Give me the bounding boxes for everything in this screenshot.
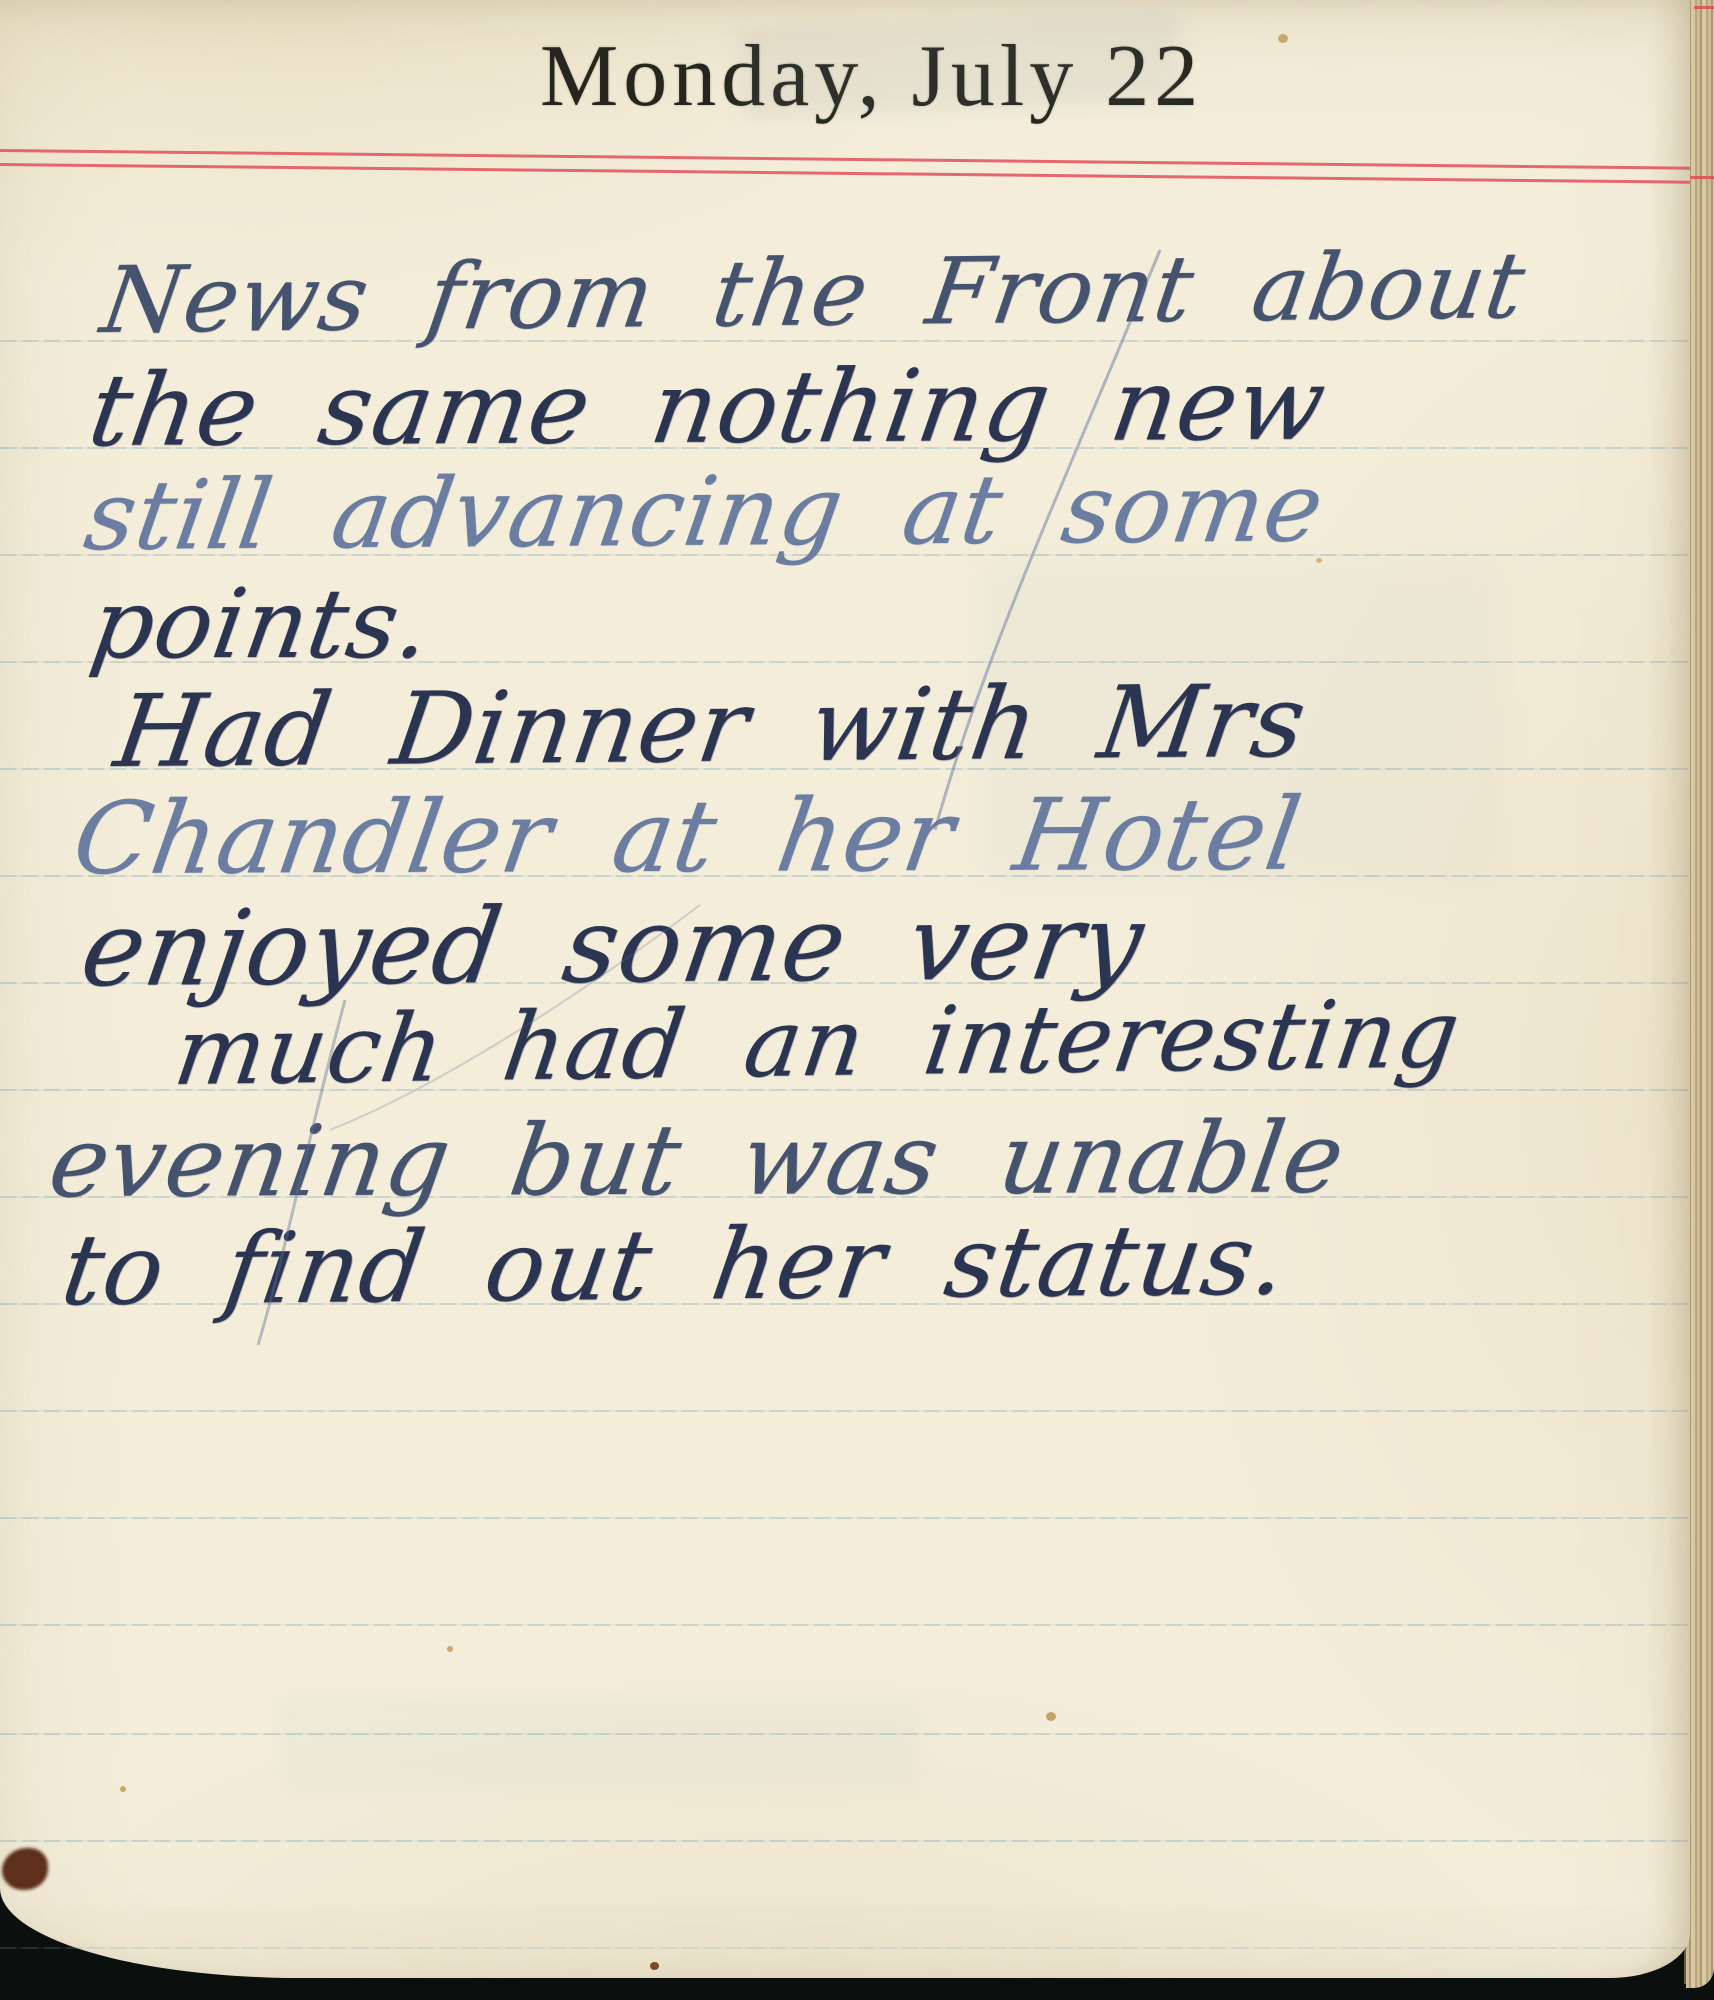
ruled-line: [0, 1624, 1688, 1626]
stain: [1278, 34, 1288, 43]
handwriting-line: points.: [84, 568, 439, 680]
handwriting-line: Chandler at her Hotel: [66, 776, 1309, 897]
handwriting-line: evening but was unable: [42, 1101, 1352, 1220]
ruled-line: [0, 1733, 1688, 1735]
red-rule-fragment: [1690, 176, 1714, 179]
red-rule-fragment: [1694, 6, 1714, 9]
ruled-line: [0, 1410, 1688, 1412]
stain: [650, 1962, 659, 1970]
stain: [1046, 1712, 1056, 1721]
diary-scan: Monday, July 22 News from the Front abou…: [0, 0, 1714, 2000]
handwriting-line: the same nothing new: [82, 346, 1334, 469]
handwriting-line: still advancing at some: [78, 451, 1331, 572]
ruled-line: [0, 1517, 1688, 1519]
binding-leather: [2, 1848, 48, 1890]
stain: [447, 1646, 453, 1652]
bleedthrough-smudge: [280, 1700, 920, 1790]
page-title-date: Monday, July 22: [540, 26, 1140, 127]
stain: [120, 1786, 126, 1792]
stain: [1316, 558, 1322, 563]
page-edge-stack: [1686, 0, 1714, 1988]
ruled-line: [0, 1840, 1688, 1842]
handwriting-line: to find out her status.: [55, 1203, 1295, 1328]
handwriting-line: News from the Front about: [95, 232, 1532, 354]
handwriting-line: Had Dinner with Mrs: [108, 663, 1314, 790]
diary-page: Monday, July 22 News from the Front abou…: [0, 0, 1690, 1978]
handwriting-line: much had an interesting: [168, 980, 1467, 1107]
ruled-line: [0, 1947, 1688, 1949]
